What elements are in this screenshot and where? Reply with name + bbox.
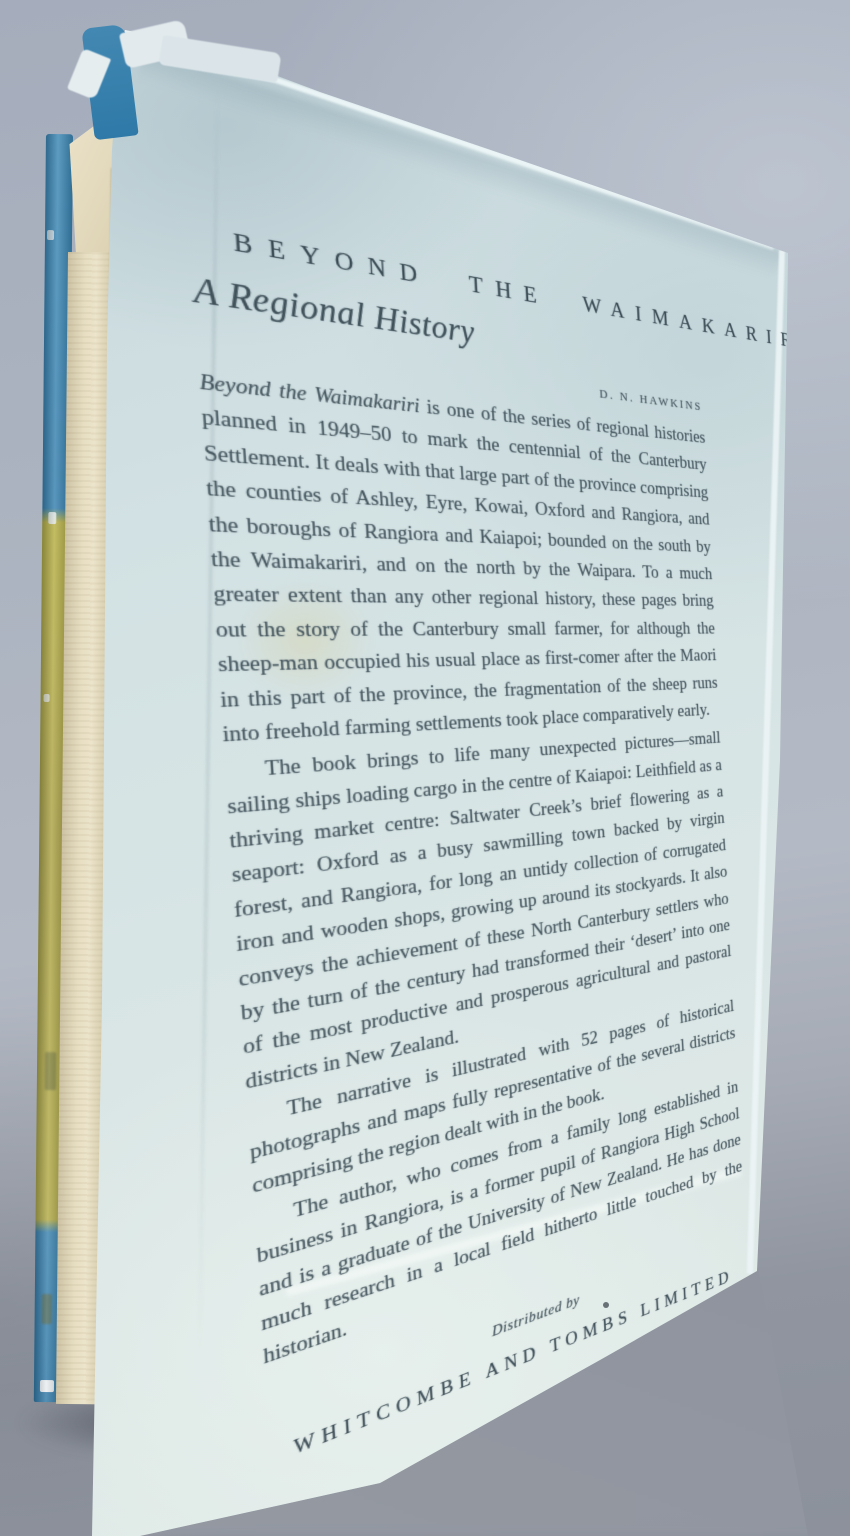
dust-jacket-back-panel: BEYOND THE WAIMAKARIRI A Regional Histor…: [85, 20, 791, 1536]
jacket-text-block: BEYOND THE WAIMAKARIRI A Regional Histor…: [189, 219, 748, 1471]
blurb-paragraph-1: Beyond the Waimakariri is one of the ser…: [198, 365, 719, 753]
spine-stain: [42, 1294, 52, 1324]
spine-wear-fleck: [44, 694, 50, 702]
spine-wear-fleck: [48, 512, 56, 524]
spine-wear-fleck: [47, 230, 54, 240]
spine-wear-fleck: [40, 1380, 54, 1392]
spine-stain: [45, 1052, 56, 1090]
book-photo-scene: BEYOND THE WAIMAKARIRI A Regional Histor…: [0, 0, 850, 1536]
blurb-text: is one of the series of regional histori…: [201, 396, 718, 747]
jacket-right-edge-highlight: [747, 250, 785, 1274]
